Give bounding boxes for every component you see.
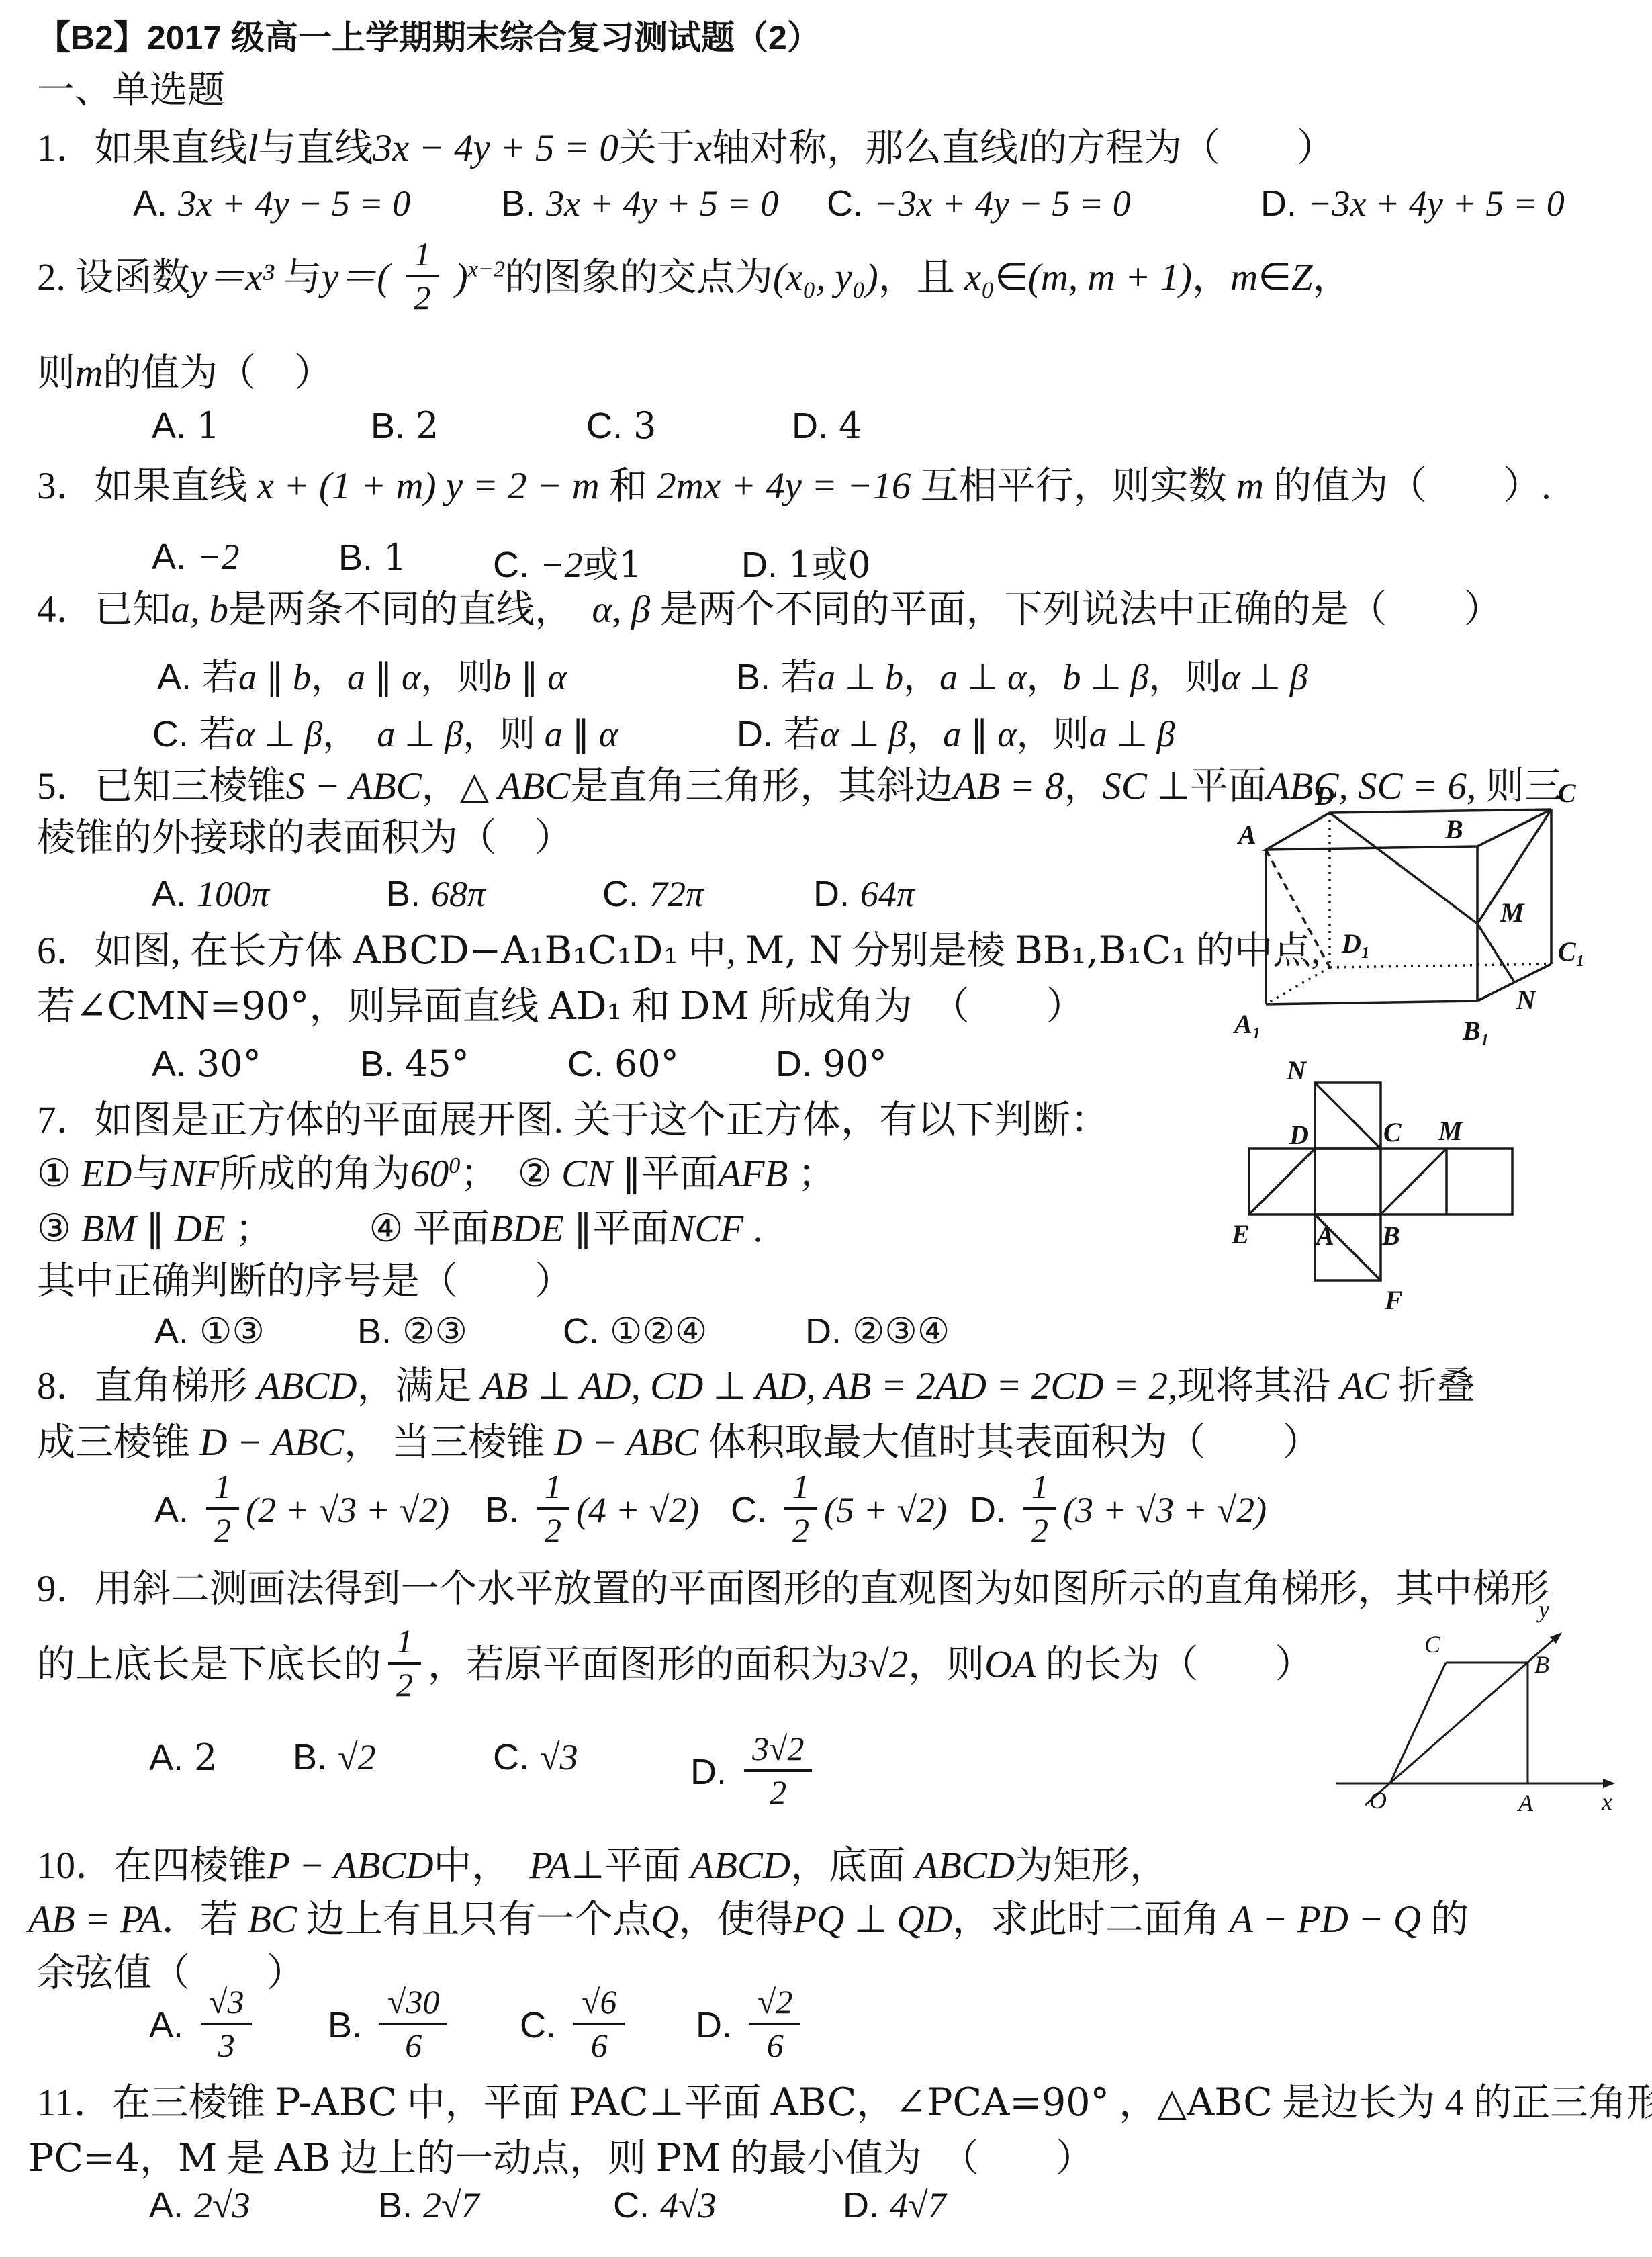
option-label: B. xyxy=(485,1490,519,1530)
trap-label-A: A xyxy=(1517,1789,1534,1816)
option-value: 64π xyxy=(860,874,915,914)
option-label: B. xyxy=(386,874,420,914)
option-value: √26 xyxy=(743,2005,807,2045)
q7-option-a: A.①③ xyxy=(154,1310,265,1352)
q11-option-b: B.2√7 xyxy=(378,2184,479,2226)
cuboid-label-B: B xyxy=(1444,814,1463,844)
option-value: 72π xyxy=(649,874,704,914)
q10-option-d: D.√26 xyxy=(696,1990,807,2068)
question-7-judgement-1-2: ① ED与NF所成的角为600； ② CN ∥平面AFB ； xyxy=(37,1150,836,1198)
option-label: C. xyxy=(602,874,639,914)
option-label: A. xyxy=(133,183,167,224)
option-label: D. xyxy=(792,406,828,446)
option-value: 60° xyxy=(614,1044,679,1084)
option-value: √33 xyxy=(194,2005,259,2045)
q9-option-b: B.√2 xyxy=(293,1736,376,1778)
q6-option-b: B.45° xyxy=(360,1043,469,1085)
option-label: B. xyxy=(360,1044,394,1084)
option-label: B. xyxy=(293,1737,327,1777)
option-value: 100π xyxy=(197,874,269,914)
trap-label-C: C xyxy=(1424,1631,1441,1658)
option-label: C. xyxy=(567,1044,604,1084)
q7-option-b: B.②③ xyxy=(357,1310,467,1352)
option-label: B. xyxy=(378,2185,412,2225)
option-label: D. xyxy=(805,1311,841,1352)
option-value: 若α ⊥ β， a ⊥ β，则 a ∥ α xyxy=(199,714,618,754)
page-title: 【B2】2017 级高一上学期期末综合复习测试题（2） xyxy=(37,17,821,59)
q9-option-d: D.3√22 xyxy=(690,1736,819,1815)
option-label: A. xyxy=(149,1738,183,1778)
net-label-E: E xyxy=(1231,1219,1250,1249)
q4-option-c: C.若α ⊥ β， a ⊥ β，则 a ∥ α xyxy=(152,705,618,757)
q4-option-a: A.若a ∥ b，a ∥ α，则b ∥ α xyxy=(157,648,567,700)
q1-option-c: C.−3x + 4y − 5 = 0 xyxy=(827,183,1131,224)
q4-option-b: B.若a ⊥ b，a ⊥ α，b ⊥ β，则α ⊥ β xyxy=(736,648,1308,700)
cuboid-label-D: D xyxy=(1314,781,1334,811)
net-label-A: A xyxy=(1314,1221,1334,1251)
q8-option-b: B.12(4 + √2) xyxy=(485,1474,699,1553)
q1-option-b: B.3x + 4y + 5 = 0 xyxy=(501,183,778,224)
option-value: ①③ xyxy=(199,1311,265,1352)
oblique-trapezoid-figure: y x O A B C xyxy=(1326,1565,1622,1820)
option-value: √66 xyxy=(567,2005,631,2045)
question-3-stem: 3．如果直线 x + (1 + m) y = 2 − m 和 2mx + 4y … xyxy=(37,462,1551,510)
option-label: D. xyxy=(970,1490,1006,1530)
q8-option-a: A.12(2 + √3 + √2) xyxy=(154,1474,449,1553)
option-label: D. xyxy=(1260,183,1297,224)
option-value: 4 xyxy=(839,406,862,446)
x-axis-arrow xyxy=(1603,1779,1615,1788)
question-2-stem-line-1: 2. 设函数y＝x³ 与y＝( 12 )x−2的图象的交点为(x₀, y₀)，且… xyxy=(37,242,1351,320)
q6-option-a: A.30° xyxy=(152,1043,261,1085)
q10-option-c: C.√66 xyxy=(520,1990,631,2068)
option-value: −2 xyxy=(197,537,239,577)
option-value: 2√7 xyxy=(423,2185,479,2225)
option-label: D. xyxy=(741,545,778,585)
option-value: 2√3 xyxy=(194,2185,250,2225)
q10-option-b: B.√306 xyxy=(328,1990,454,2068)
cuboid-label-C1: C₁ xyxy=(1558,936,1586,967)
question-11-stem-line-2: PC=4，M 是 AB 边上的一动点，则 PM 的最小值为 （ ） xyxy=(28,2135,1094,2182)
option-label: C. xyxy=(586,406,623,446)
option-value: 3x + 4y + 5 = 0 xyxy=(546,183,778,224)
q7-option-d: D.②③④ xyxy=(805,1310,950,1352)
option-label: C. xyxy=(827,183,863,224)
question-7-stem-line-1: 7．如图是正方体的平面展开图. 关于这个正方体，有以下判断： xyxy=(37,1096,1109,1144)
option-label: B. xyxy=(357,1311,392,1352)
question-6-stem-line-1: 6．如图, 在长方体 ABCD−A₁B₁C₁D₁ 中, M, N 分别是棱 BB… xyxy=(37,927,1320,975)
cuboid-label-A1: A₁ xyxy=(1232,1009,1262,1039)
trap-label-B: B xyxy=(1534,1651,1549,1678)
option-label: A. xyxy=(152,406,186,446)
net-label-F: F xyxy=(1384,1285,1403,1315)
option-value: 4√3 xyxy=(660,2185,717,2225)
trap-label-x: x xyxy=(1601,1788,1612,1815)
q11-option-d: D.4√7 xyxy=(843,2184,946,2226)
q2-option-a: A.1 xyxy=(152,404,220,447)
option-value: 68π xyxy=(431,874,486,914)
option-label: A. xyxy=(154,1490,189,1530)
option-label: A. xyxy=(152,874,186,914)
cube-net-figure: N D C M E A B F xyxy=(1229,1038,1652,1333)
option-value: 1 xyxy=(383,537,406,578)
q2-option-d: D.4 xyxy=(792,404,862,447)
q4-option-d: D.若α ⊥ β，a ∥ α，则a ⊥ β xyxy=(737,705,1175,757)
q6-option-d: D.90° xyxy=(776,1043,887,1085)
option-value: 1或0 xyxy=(788,545,871,585)
q10-option-a: A.√33 xyxy=(149,1990,259,2068)
net-label-M: M xyxy=(1438,1116,1463,1146)
q11-option-c: C.4√3 xyxy=(613,2184,717,2226)
cuboid-label-A: A xyxy=(1236,820,1256,850)
question-10-stem-line-2: AB = PA．若 BC 边上有且只有一个点Q，使得PQ ⊥ QD，求此时二面角… xyxy=(28,1896,1469,1943)
q9-option-c: C.√3 xyxy=(493,1736,578,1778)
option-label: A. xyxy=(149,2185,183,2225)
option-value: 若a ⊥ b，a ⊥ α，b ⊥ β，则α ⊥ β xyxy=(781,657,1308,697)
question-4-stem: 4．已知a, b是两条不同的直线， α, β 是两个不同的平面，下列说法中正确的… xyxy=(37,586,1502,633)
question-9-stem-line-1: 9．用斜二测画法得到一个水平放置的平面图形的直观图为如图所示的直角梯形，其中梯形 xyxy=(37,1565,1549,1613)
option-value: ②③ xyxy=(402,1311,467,1352)
option-label: B. xyxy=(736,657,770,697)
net-label-N: N xyxy=(1286,1055,1307,1086)
option-label: D. xyxy=(843,2185,879,2225)
option-label: C. xyxy=(493,545,529,585)
option-value: 3 xyxy=(633,406,656,446)
option-label: A. xyxy=(154,1311,189,1352)
question-8-stem-line-1: 8．直角梯形 ABCD，满足 AB ⊥ AD, CD ⊥ AD, AB = 2A… xyxy=(37,1362,1475,1410)
test-paper-page: 【B2】2017 级高一上学期期末综合复习测试题（2） 一、单选题 1．如果直线… xyxy=(0,0,1652,2257)
option-label: A. xyxy=(152,537,186,577)
q8-option-d: D.12(3 + √3 + √2) xyxy=(970,1474,1267,1553)
q5-option-a: A.100π xyxy=(152,873,269,915)
cuboid-label-N: N xyxy=(1516,985,1537,1015)
option-value: 2 xyxy=(194,1738,217,1778)
q9-option-a: A.2 xyxy=(149,1736,217,1779)
question-2-stem-line-2: 则m的值为（ ） xyxy=(37,349,332,397)
question-10-stem-line-1: 10．在四棱锥P − ABCD中， PA⊥平面 ABCD，底面 ABCD为矩形， xyxy=(37,1842,1168,1890)
net-label-C: C xyxy=(1383,1117,1402,1147)
question-9-stem-line-2: 的上底长是下底长的12，若原平面图形的面积为3√2，则OA 的长为（ ） xyxy=(37,1629,1314,1708)
option-value: −3x + 4y + 5 = 0 xyxy=(1307,183,1565,224)
option-value: 30° xyxy=(197,1044,261,1084)
q1-option-a: A.3x + 4y − 5 = 0 xyxy=(133,183,410,224)
option-value: ②③④ xyxy=(852,1311,950,1352)
question-5-stem-line-2: 棱锥的外接球的表面积为（ ） xyxy=(37,814,573,862)
q5-option-c: C.72π xyxy=(602,873,704,915)
cuboid-label-C: C xyxy=(1558,778,1577,808)
q3-option-c: C.−2或1 xyxy=(493,536,642,588)
net-label-D: D xyxy=(1289,1120,1309,1150)
q3-option-d: D.1或0 xyxy=(741,536,871,588)
option-label: C. xyxy=(731,1490,767,1530)
option-label: D. xyxy=(737,714,773,754)
option-value: √306 xyxy=(373,2005,454,2045)
option-value: √3 xyxy=(540,1737,578,1777)
option-value: 1 xyxy=(197,406,220,446)
option-label: C. xyxy=(493,1737,529,1777)
question-11-stem-line-1: 11．在三棱锥 P-ABC 中，平面 PAC⊥平面 ABC，∠PCA=90° ，… xyxy=(37,2079,1652,2127)
option-value: 若a ∥ b，a ∥ α，则b ∥ α xyxy=(202,657,567,697)
option-label: C. xyxy=(152,714,189,754)
section-heading: 一、单选题 xyxy=(37,67,225,114)
option-label: C. xyxy=(613,2185,649,2225)
q3-option-a: A.−2 xyxy=(152,536,239,578)
option-value: 90° xyxy=(823,1044,887,1084)
question-6-stem-line-2: 若∠CMN=90°，则异面直线 AD₁ 和 DM 所成角为 （ ） xyxy=(37,983,1085,1030)
cuboid-label-D1: D₁ xyxy=(1341,928,1371,959)
trap-label-O: O xyxy=(1369,1787,1387,1814)
q2-option-b: B.2 xyxy=(371,404,439,447)
option-value: 12(4 + √2) xyxy=(530,1490,699,1530)
q11-option-a: A.2√3 xyxy=(149,2184,250,2226)
q3-option-b: B.1 xyxy=(338,536,406,578)
option-label: D. xyxy=(776,1044,812,1084)
question-1-stem: 1．如果直线l与直线3x − 4y + 5 = 0关于x轴对称，那么直线l的方程… xyxy=(37,124,1335,172)
option-label: C. xyxy=(563,1311,599,1352)
q5-option-b: B.68π xyxy=(386,873,486,915)
option-value: √2 xyxy=(338,1737,376,1777)
option-label: B. xyxy=(371,406,405,446)
option-value: −3x + 4y − 5 = 0 xyxy=(874,183,1131,224)
q6-option-c: C.60° xyxy=(567,1043,679,1085)
q5-option-d: D.64π xyxy=(813,873,915,915)
option-label: A. xyxy=(157,657,191,697)
option-value: 12(3 + √3 + √2) xyxy=(1017,1490,1267,1530)
option-value: 3x + 4y − 5 = 0 xyxy=(178,183,410,224)
option-label: D. xyxy=(813,874,850,914)
cuboid-figure: D C A B M D₁ C₁ N A₁ B₁ xyxy=(1229,772,1632,1068)
option-value: ①②④ xyxy=(610,1311,707,1352)
option-value: −2或1 xyxy=(540,545,642,585)
question-7-judgement-3-4: ③ BM ∥ DE ； ④ 平面BDE ∥平面NCF . xyxy=(37,1205,763,1253)
net-label-B: B xyxy=(1381,1221,1400,1251)
option-label: D. xyxy=(690,1752,727,1792)
option-label: A. xyxy=(149,2005,183,2045)
option-label: D. xyxy=(696,2005,732,2045)
option-label: C. xyxy=(520,2005,556,2045)
option-value: 12(5 + √2) xyxy=(778,1490,947,1530)
q8-option-c: C.12(5 + √2) xyxy=(731,1474,947,1553)
option-label: B. xyxy=(338,537,373,578)
option-value: 12(2 + √3 + √2) xyxy=(199,1490,449,1530)
option-value: 2 xyxy=(416,406,439,446)
option-label: B. xyxy=(501,183,535,224)
cuboid-label-M: M xyxy=(1500,897,1525,928)
option-label: B. xyxy=(328,2005,362,2045)
question-8-stem-line-2: 成三棱锥 D − ABC， 当三棱锥 D − ABC 体积取最大值时其表面积为（… xyxy=(37,1419,1321,1466)
option-label: A. xyxy=(152,1044,186,1084)
option-value: 若α ⊥ β，a ∥ α，则a ⊥ β xyxy=(784,714,1175,754)
q7-option-c: C.①②④ xyxy=(563,1310,707,1352)
trap-label-y: y xyxy=(1536,1596,1549,1623)
question-7-stem-line-4: 其中正确判断的序号是（ ） xyxy=(37,1257,573,1305)
option-value: 4√7 xyxy=(890,2185,946,2225)
option-value: 3√22 xyxy=(737,1752,819,1792)
option-value: 45° xyxy=(405,1044,469,1084)
q1-option-d: D.−3x + 4y + 5 = 0 xyxy=(1260,183,1565,224)
q2-option-c: C.3 xyxy=(586,404,656,447)
